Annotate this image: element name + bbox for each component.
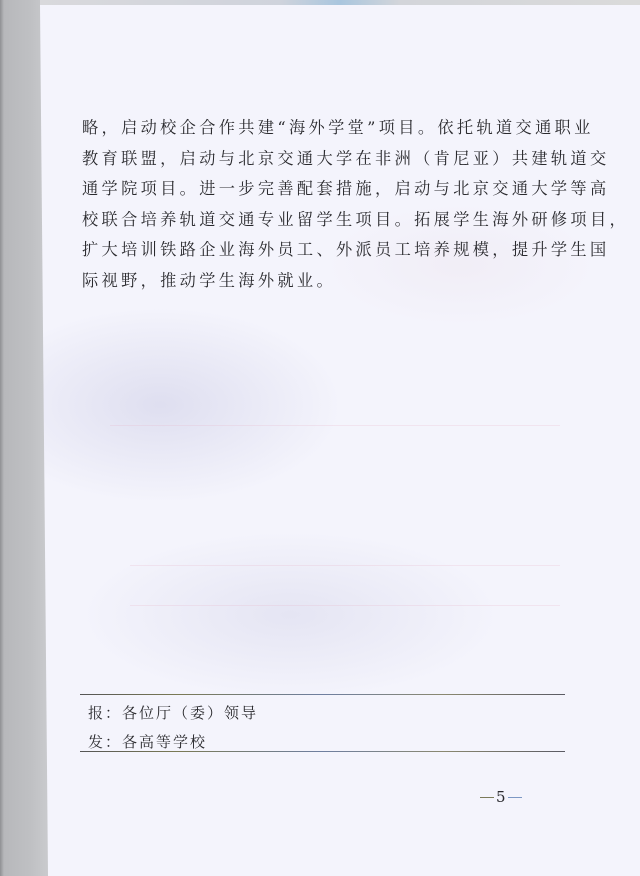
distribution-top-rule <box>80 694 565 695</box>
body-paragraph: 略，启动校企合作共建“海外学堂”项目。依托轨道交通职业 教育联盟，启动与北京交通… <box>82 113 572 296</box>
bleed-through-texture <box>265 345 329 361</box>
distribution-bottom-rule <box>80 751 565 752</box>
page-number-value: 5 <box>496 788 506 806</box>
bleed-through-line <box>110 425 560 426</box>
report-to-line: 报：各位厅（委）领导 <box>88 702 258 723</box>
body-line: 扩大培训铁路企业海外员工、外派员工培养规模，提升学生国 <box>82 235 572 266</box>
page-number-dash-right <box>508 797 522 798</box>
page-number-dash-left <box>480 797 494 798</box>
body-line: 校联合培养轨道交通专业留学生项目。拓展学生海外研修项目， <box>82 205 572 236</box>
body-line: 通学院项目。进一步完善配套措施，启动与北京交通大学等高 <box>82 174 572 205</box>
page-number: 5 <box>480 788 522 806</box>
body-line: 际视野，推动学生海外就业。 <box>82 266 572 297</box>
bleed-through-line <box>130 565 560 566</box>
body-line: 教育联盟，启动与北京交通大学在非洲（肯尼亚）共建轨道交 <box>82 144 572 175</box>
send-to-line: 发：各高等学校 <box>88 731 207 752</box>
body-line: 略，启动校企合作共建“海外学堂”项目。依托轨道交通职业 <box>82 113 572 144</box>
bleed-through-line <box>130 605 560 606</box>
